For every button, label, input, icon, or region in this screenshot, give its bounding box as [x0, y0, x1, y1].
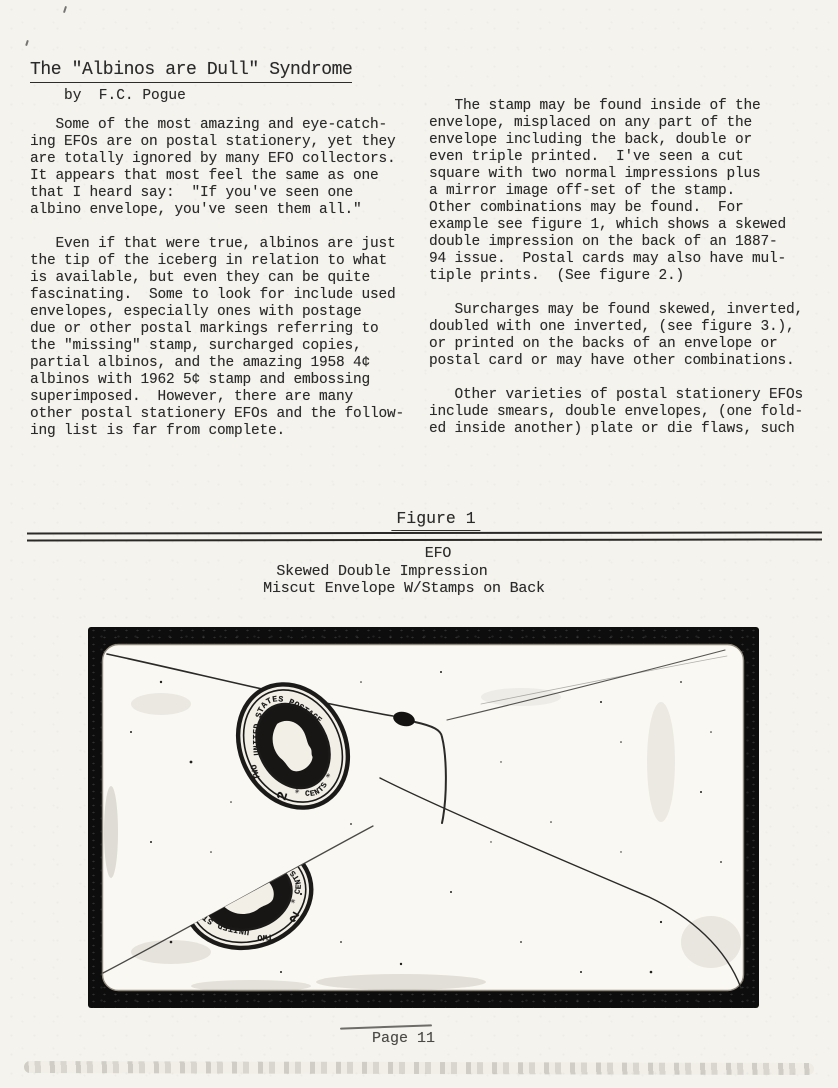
page-number: Page 11 [372, 1030, 435, 1047]
left-paragraph-1: Some of the most amazing and eye-catch- … [30, 117, 432, 219]
scan-artifact-band [24, 1061, 814, 1075]
ink-speck [25, 40, 29, 46]
section-divider-rule [27, 531, 822, 541]
envelope-photo: UNITED STATES POSTAGE ✳ CENTS ✳ TWO 2 [101, 642, 746, 993]
article-title: The "Albinos are Dull" Syndrome [30, 60, 352, 83]
right-paragraph-2: Surcharges may be found skewed, inverted… [429, 302, 831, 370]
figure-photo-frame: UNITED STATES POSTAGE ✳ CENTS ✳ TWO 2 [88, 627, 759, 1008]
figure-caption-line-1: EFO [425, 545, 451, 562]
right-paragraph-1: The stamp may be found inside of the env… [429, 98, 831, 285]
left-paragraph-2: Even if that were true, albinos are just… [30, 236, 432, 440]
left-column: Some of the most amazing and eye-catch- … [30, 117, 432, 440]
article-byline: by F.C. Pogue [64, 88, 186, 104]
envelope-back [103, 645, 744, 991]
figure-caption-line-3: Miscut Envelope W/Stamps on Back [263, 580, 545, 597]
right-paragraph-3: Other varieties of postal stationery EFO… [429, 387, 831, 438]
figure-caption-line-2: Skewed Double Impression [276, 563, 487, 580]
ink-speck [63, 6, 67, 13]
figure-label: Figure 1 [391, 509, 480, 531]
page-number-rule [340, 1024, 432, 1029]
right-column: The stamp may be found inside of the env… [429, 98, 831, 438]
scanned-newsletter-page: The "Albinos are Dull" Syndrome by F.C. … [0, 0, 838, 1088]
